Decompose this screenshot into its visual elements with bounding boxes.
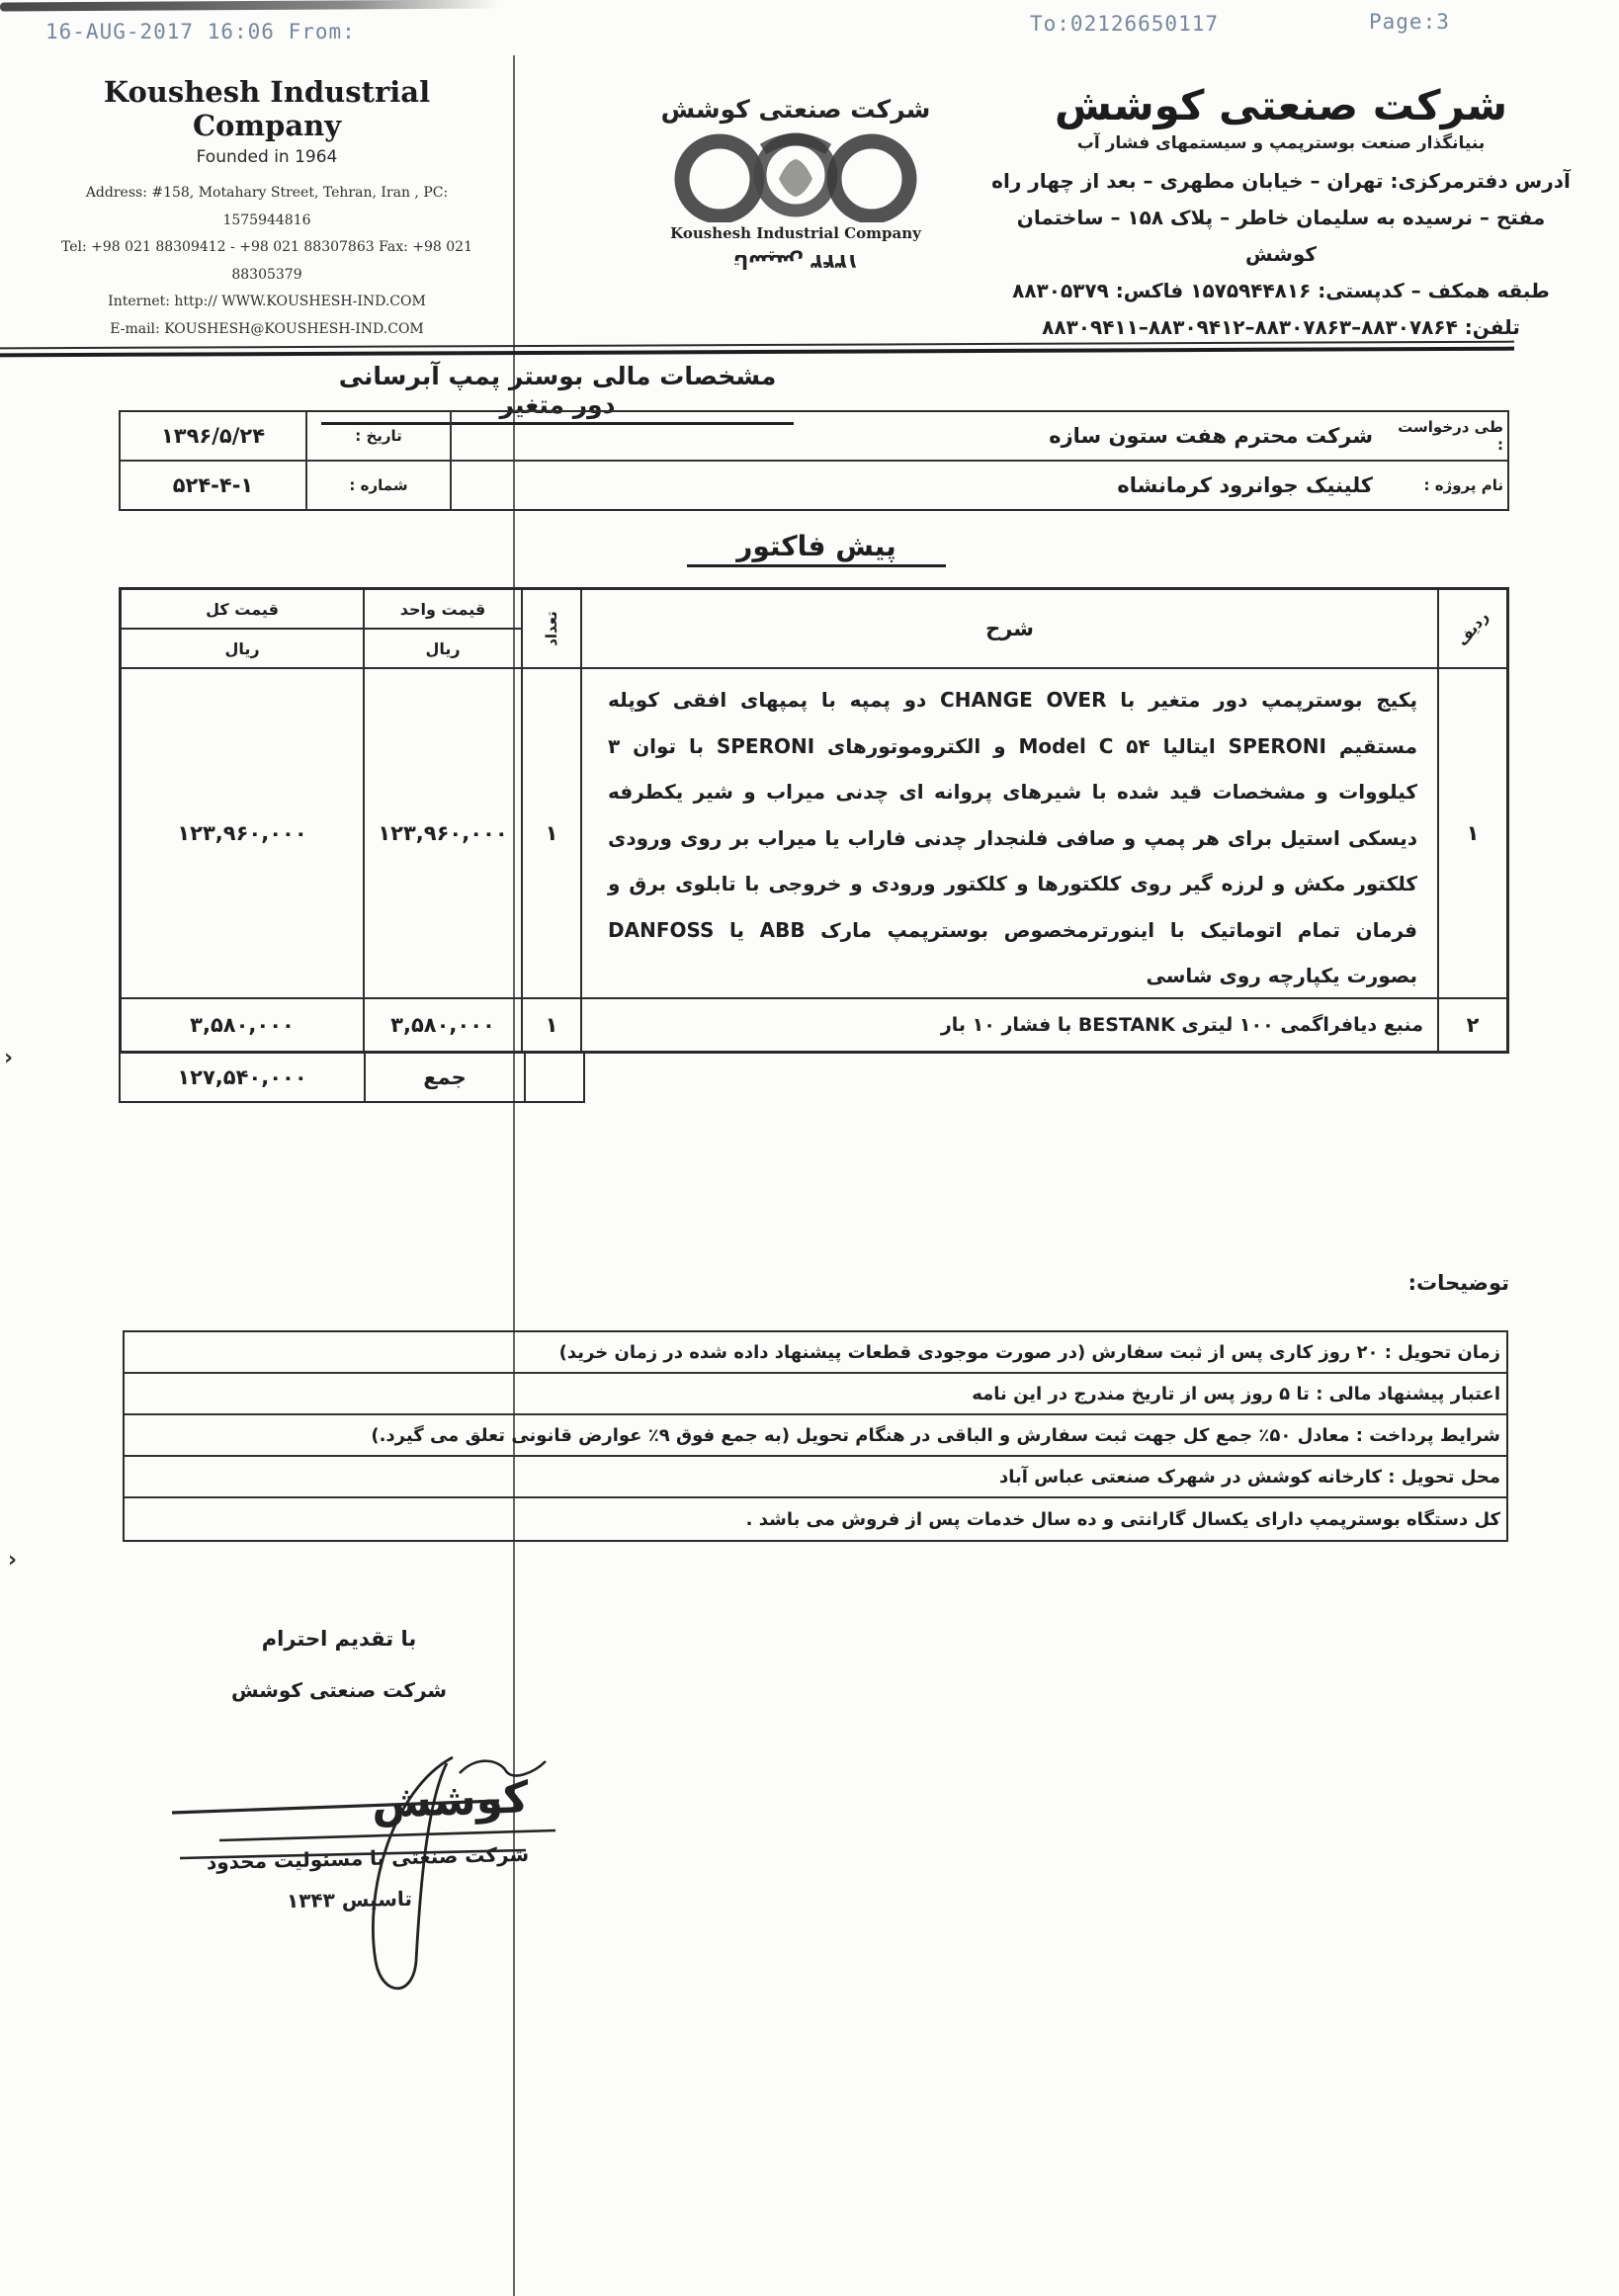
company-tagline: بنیانگذار صنعت بوسترپمپ و سیستمهای فشار … — [988, 133, 1574, 153]
requester-label: طی درخواست : — [1391, 418, 1507, 454]
tel-line-english: Tel: +98 021 88309412 - +98 021 88307863… — [51, 234, 482, 289]
number-label: شماره : — [305, 462, 452, 509]
company-stamp: کوشش شرکت صنعتی با مسئولیت محدود تاسیس ۱… — [158, 1751, 583, 2048]
request-info-table: طی درخواست : شرکت محترم هفت ستون سازه تا… — [119, 410, 1509, 511]
request-row: طی درخواست : شرکت محترم هفت ستون سازه تا… — [121, 412, 1507, 462]
internet-line-english: Internet: http:// WWW.KOUSHESH-IND.COM — [51, 289, 482, 316]
invoice-heading: پیش فاکتور — [687, 530, 946, 567]
project-value: کلینیک جوانرود کرمانشاه — [452, 473, 1391, 497]
row-quantity: ۱ — [521, 999, 580, 1051]
request-row: نام پروژه : کلینیک جوانرود کرمانشاه شمار… — [121, 462, 1507, 509]
company-name-english: Koushesh Industrial Company — [51, 75, 482, 142]
row-unit-price: ۳,۵۸۰,۰۰۰ — [363, 999, 521, 1051]
date-label: تاریخ : — [305, 412, 452, 460]
invoice-table: ردیف شرح تعداد قیمت واحد ریال قیمت کل ری… — [119, 587, 1509, 1054]
letterhead-divider-rule — [0, 341, 1514, 358]
interlocking-rings-icon — [668, 128, 923, 222]
sum-label: جمع — [364, 1054, 524, 1101]
address-line-persian: مفتح – نرسیده به سلیمان خاطر – پلاک ۱۵۸ … — [988, 200, 1574, 273]
row-quantity: ۱ — [521, 669, 580, 997]
requester-value: شرکت محترم هفت ستون سازه — [452, 424, 1391, 448]
fax-from-line: 16-AUG-2017 16:06 From: — [45, 20, 356, 43]
header-total-price: قیمت کل ریال — [122, 590, 363, 667]
founded-line: Founded in 1964 — [51, 147, 482, 167]
note-row: شرایط پرداخت : معادل ۵۰٪ جمع کل جهت ثبت … — [125, 1415, 1506, 1457]
project-label: نام پروژه : — [1391, 476, 1507, 494]
scan-streak-artifact — [0, 0, 499, 12]
logo-established-text: تاسیس ۱۳۴۳ — [733, 250, 859, 274]
logo-caption-english: Koushesh Industrial Company — [633, 224, 959, 242]
notes-table: زمان تحویل : ۲۰ روز کاری پس از ثبت سفارش… — [123, 1330, 1508, 1542]
invoice-sum-row: جمع ۱۲۷,۵۴۰,۰۰۰ — [119, 1052, 585, 1103]
row-number: ۲ — [1437, 999, 1506, 1051]
signature-company: شرکت صنعتی کوشش — [225, 1678, 453, 1702]
header-row-number: ردیف — [1437, 590, 1506, 667]
row-unit-price: ۱۲۳,۹۶۰,۰۰۰ — [363, 669, 521, 997]
postal-fax-line-persian: طبقه همکف – کدپستی: ۱۵۷۵۹۴۴۸۱۶ فاکس: ۸۸۳… — [988, 273, 1574, 309]
signature-icon — [158, 1751, 583, 2048]
sum-value: ۱۲۷,۵۴۰,۰۰۰ — [121, 1054, 364, 1101]
row-total-price: ۳,۵۸۰,۰۰۰ — [122, 999, 363, 1051]
header-description: شرح — [580, 590, 1437, 667]
notes-heading: توضیحات: — [1310, 1271, 1509, 1295]
fax-page-number: Page:3 — [1369, 10, 1450, 34]
letterhead-english: Koushesh Industrial Company Founded in 1… — [51, 75, 482, 343]
date-value: ۱۳۹۶/۵/۲۴ — [121, 424, 305, 448]
number-value: ۵۲۴-۴-۱ — [121, 473, 305, 497]
sum-empty-cell — [524, 1054, 583, 1101]
note-row: اعتبار پیشنهاد مالی : تا ۵ روز پس از تار… — [125, 1374, 1506, 1415]
signature-salutation: با تقدیم احترام — [245, 1627, 433, 1651]
address-line-persian: آدرس دفترمرکزی: تهران – خیابان مطهری – ب… — [988, 163, 1574, 200]
row-total-price: ۱۲۳,۹۶۰,۰۰۰ — [122, 669, 363, 997]
invoice-table-header: ردیف شرح تعداد قیمت واحد ریال قیمت کل ری… — [122, 590, 1506, 669]
company-name-persian: شرکت صنعتی کوشش — [988, 81, 1574, 129]
header-unit-price: قیمت واحد ریال — [363, 590, 521, 667]
header-quantity: تعداد — [521, 590, 580, 667]
margin-mark-artifact: › — [4, 1046, 13, 1070]
scanned-fax-page: › › 16-AUG-2017 16:06 From: To:021266501… — [0, 0, 1619, 2296]
logo-brand-text: شرکت صنعتی کوشش — [633, 95, 959, 124]
address-line-english: Address: #158, Motahary Street, Tehran, … — [51, 180, 482, 234]
company-logo: شرکت صنعتی کوشش Koushesh Industrial Comp… — [633, 95, 959, 274]
fax-to-number: To:02126650117 — [1030, 12, 1219, 36]
row-number: ۱ — [1437, 669, 1506, 997]
row-description: پکیج بوسترپمپ دور متغیر با CHANGE OVER د… — [580, 669, 1437, 997]
margin-mark-artifact: › — [8, 1548, 17, 1573]
row-description: منبع دیافراگمی ۱۰۰ لیتری BESTANK با فشار… — [580, 999, 1437, 1051]
note-row: کل دستگاه بوسترپمپ دارای یکسال گارانتی و… — [125, 1498, 1506, 1540]
note-row: محل تحویل : کارخانه کوشش در شهرک صنعتی ع… — [125, 1457, 1506, 1498]
letterhead-persian: شرکت صنعتی کوشش بنیانگذار صنعت بوسترپمپ … — [988, 81, 1574, 346]
invoice-table-row: ۲ منبع دیافراگمی ۱۰۰ لیتری BESTANK با فش… — [122, 999, 1506, 1051]
note-row: زمان تحویل : ۲۰ روز کاری پس از ثبت سفارش… — [125, 1332, 1506, 1374]
invoice-table-row: ۱ پکیج بوسترپمپ دور متغیر با CHANGE OVER… — [122, 669, 1506, 999]
email-line-english: E-mail: KOUSHESH@KOUSHESH-IND.COM — [51, 316, 482, 344]
